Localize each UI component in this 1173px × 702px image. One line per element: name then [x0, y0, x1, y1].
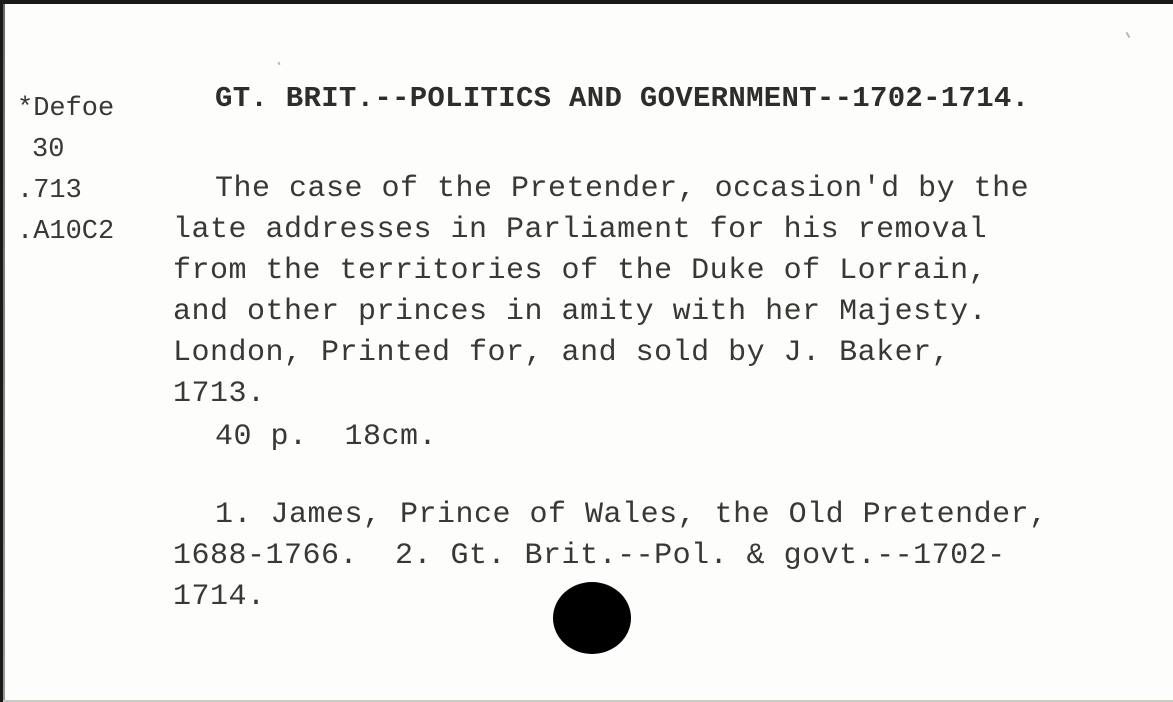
- imprint-line: London, Printed for, and sold by J. Bake…: [173, 338, 950, 368]
- call-number-line-4: .A10C2: [17, 217, 114, 247]
- punch-hole-icon: [553, 582, 631, 654]
- tracing-line-2: 1688-1766. 2. Gt. Brit.--Pol. & govt.--1…: [173, 541, 1006, 571]
- call-number-line-1: *Defoe: [17, 94, 114, 124]
- call-number-line-3: .713: [17, 176, 82, 206]
- title-line-3: from the territories of the Duke of Lorr…: [173, 256, 987, 286]
- title-line-2: late addresses in Parliament for his rem…: [173, 215, 987, 245]
- title-line-4: and other princes in amity with her Maje…: [173, 297, 987, 327]
- imprint-year: 1713.: [173, 379, 266, 409]
- collation: 40 p. 18cm.: [215, 422, 437, 452]
- subject-heading: GT. BRIT.--POLITICS AND GOVERNMENT--1702…: [215, 84, 1029, 114]
- tracing-line-1: 1. James, Prince of Wales, the Old Prete…: [215, 500, 1048, 530]
- tracing-line-3: 1714.: [173, 582, 266, 612]
- catalog-card: *Defoe 30 .713 .A10C2 GT. BRIT.--POLITIC…: [3, 4, 1173, 702]
- title-line-1: The case of the Pretender, occasion'd by…: [215, 174, 1029, 204]
- call-number-line-2: 30: [32, 135, 64, 165]
- scan-speck: [277, 62, 280, 66]
- scan-speck: [1126, 32, 1131, 38]
